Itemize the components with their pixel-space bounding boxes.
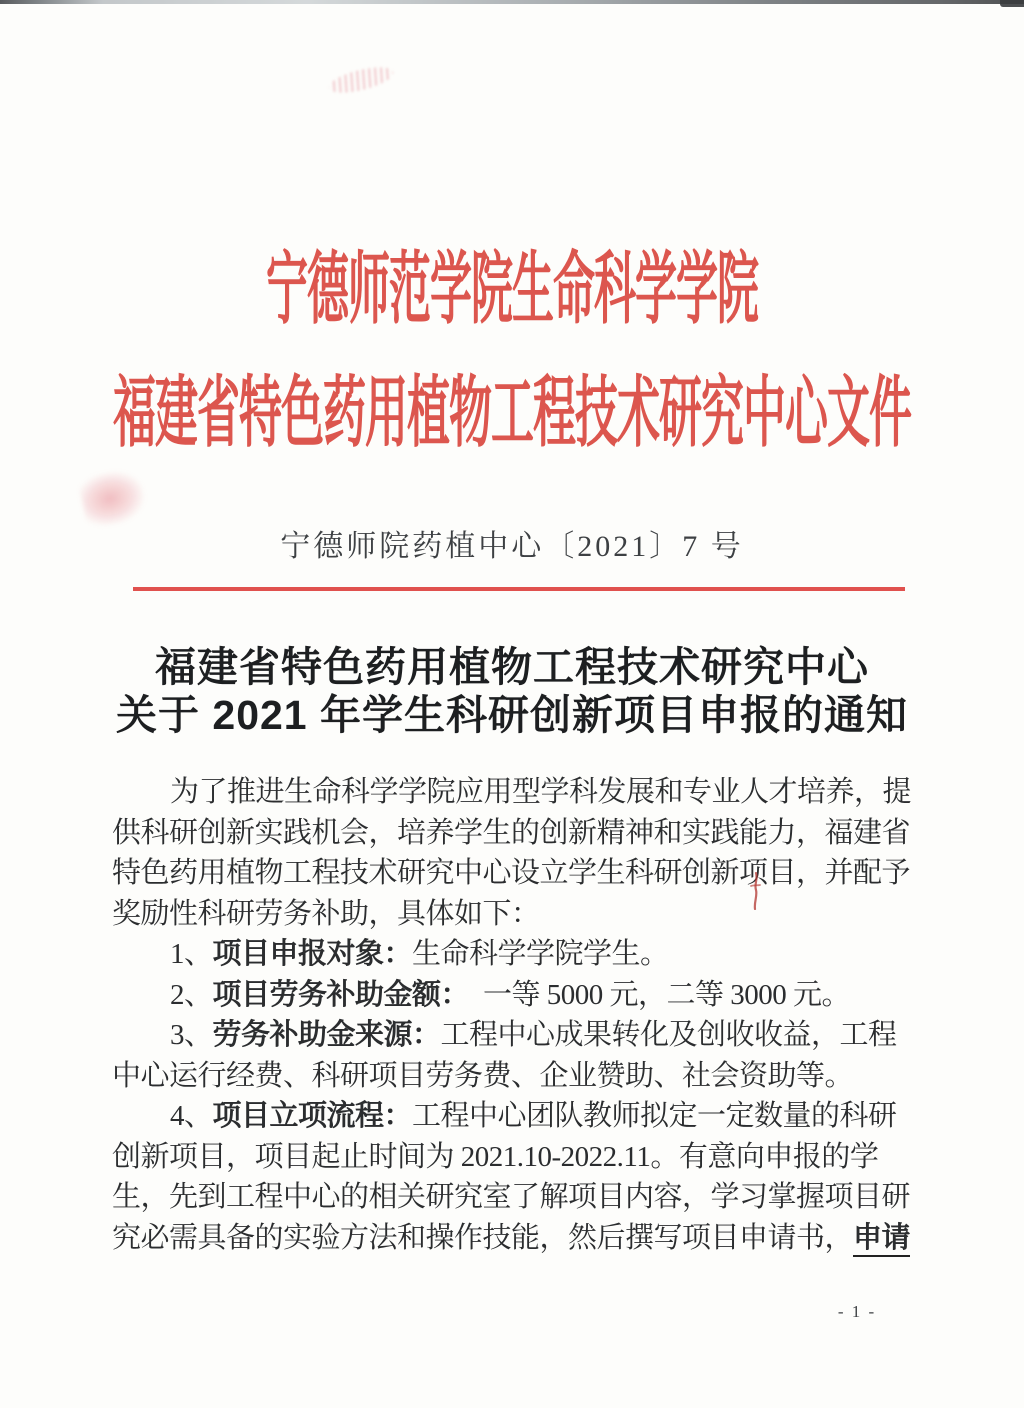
red-pen-mark	[748, 872, 762, 910]
body-run-bold: 项目申报对象：	[213, 938, 413, 970]
letterhead-org-line2: 福建省特色药用植物工程技术研究中心文件	[0, 376, 1024, 419]
body-run: 工程中心成果转化及创收收益，工程	[441, 1019, 897, 1051]
body-run: 2、	[170, 979, 213, 1011]
body-run: 奖励性科研劳务补助，具体如下：	[112, 898, 540, 930]
body-line: 创新项目，项目起止时间为 2021.10-2022.11。有意向申报的学	[112, 1137, 912, 1178]
scan-corner-artifact	[1000, 0, 1024, 7]
letterhead-org-line1: 宁德师范学院生命科学学院	[0, 252, 1024, 294]
body-run-bold: 项目劳务补助金额：	[213, 979, 455, 1011]
body-line: 奖励性科研劳务补助，具体如下：	[112, 894, 912, 935]
body-run: 究必需具备的实验方法和操作技能，然后撰写项目申请书，	[112, 1222, 853, 1254]
letterhead-org-line2-text: 福建省特色药用植物工程技术研究中心文件	[113, 376, 911, 453]
body-line: 供科研创新实践机会，培养学生的创新精神和实践能力，福建省	[112, 813, 912, 854]
body-line: 生，先到工程中心的相关研究室了解项目内容，学习掌握项目研	[112, 1177, 912, 1218]
red-divider-line	[133, 587, 905, 591]
scanned-document-page: 宁德师范学院生命科学学院 福建省特色药用植物工程技术研究中心文件 宁德师院药植中…	[0, 0, 1024, 1408]
body-line: 4、项目立项流程：工程中心团队教师拟定一定数量的科研	[112, 1096, 912, 1137]
body-run: 4、	[170, 1100, 213, 1132]
body-run: 生命科学学院学生。	[412, 938, 669, 970]
body-run: 3、	[170, 1019, 213, 1051]
body-line: 特色药用植物工程技术研究中心设立学生科研创新项目，并配予	[112, 853, 912, 894]
body-line: 2、项目劳务补助金额： 一等 5000 元，二等 3000 元。	[112, 975, 912, 1016]
pink-ink-smudge-top	[327, 62, 396, 97]
body-line: 究必需具备的实验方法和操作技能，然后撰写项目申请书，申请	[112, 1218, 912, 1259]
body-run: 中心运行经费、科研项目劳务费、企业赞助、社会资助等。	[112, 1060, 853, 1092]
body-line: 1、项目申报对象：生命科学学院学生。	[112, 934, 912, 975]
notice-title-line2: 关于 2021 年学生科研创新项目申报的通知	[0, 682, 1024, 741]
scan-edge-artifact	[0, 0, 1024, 4]
body-run: 创新项目，项目起止时间为 2021.10-2022.11。有意向申报的学	[112, 1141, 878, 1173]
body-line: 为了推进生命科学学院应用型学科发展和专业人才培养，提	[112, 772, 912, 813]
page-number: - 1 -	[812, 1302, 902, 1322]
body-run: 一等 5000 元，二等 3000 元。	[455, 979, 851, 1011]
body-run: 供科研创新实践机会，培养学生的创新精神和实践能力，福建省	[112, 817, 910, 849]
body-run: 为了推进生命科学学院应用型学科发展和专业人才培养，提	[170, 776, 911, 808]
body-run-bold: 申请	[853, 1222, 910, 1257]
body-run: 生，先到工程中心的相关研究室了解项目内容，学习掌握项目研	[112, 1181, 910, 1213]
letterhead-org-line1-text: 宁德师范学院生命科学学院	[266, 252, 758, 331]
body-run: 1、	[170, 938, 213, 970]
body-line: 中心运行经费、科研项目劳务费、企业赞助、社会资助等。	[112, 1056, 912, 1097]
notice-body-text: 为了推进生命科学学院应用型学科发展和专业人才培养，提供科研创新实践机会，培养学生…	[112, 772, 912, 1258]
document-number: 宁德师院药植中心〔2021〕7 号	[0, 521, 1024, 565]
body-run-bold: 项目立项流程：	[213, 1100, 413, 1132]
body-run: 工程中心团队教师拟定一定数量的科研	[412, 1100, 897, 1132]
body-run: 特色药用植物工程技术研究中心设立学生科研创新项目，并配予	[112, 857, 910, 889]
body-run-bold: 劳务补助金来源：	[213, 1019, 441, 1051]
body-line: 3、劳务补助金来源：工程中心成果转化及创收收益，工程	[112, 1015, 912, 1056]
